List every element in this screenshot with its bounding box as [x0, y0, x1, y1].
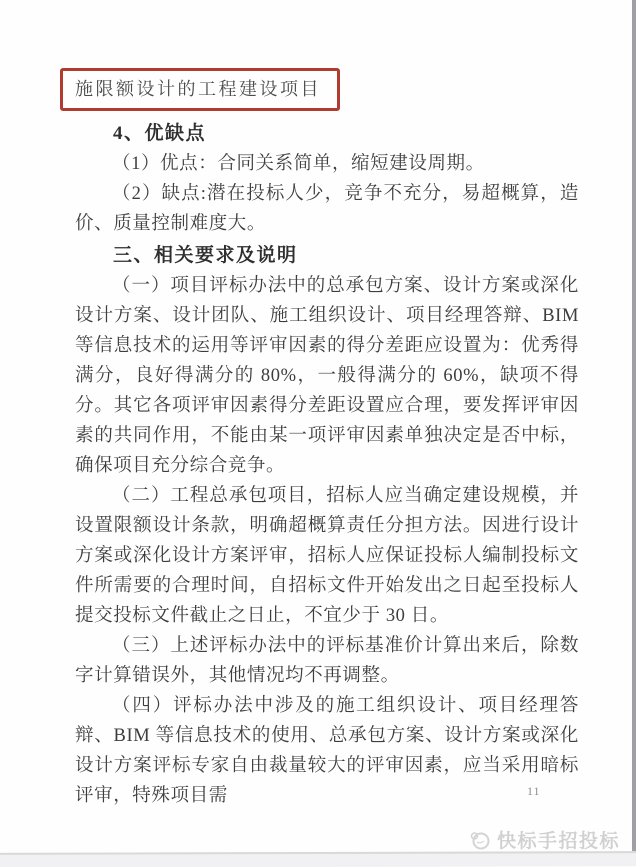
paragraph-item-2: （二）工程总承包项目，招标人应当确定建设规模，并设置限额设计条款，明确超概算责任… [75, 481, 579, 631]
page-number: 11 [527, 784, 541, 799]
paragraph-item-4: （四）评标办法中涉及的施工组织设计、项目经理答辩、BIM 等信息技术的使用、总承… [75, 691, 579, 811]
watermark-logo-icon [469, 829, 491, 851]
highlighted-text: 施限额设计的工程建设项目 [75, 79, 321, 99]
paragraph-advantage: （1）优点：合同关系简单，缩短建设周期。 [75, 149, 579, 179]
page-bottom-edge [0, 851, 636, 867]
scanned-page: 施限额设计的工程建设项目 4、优缺点 （1）优点：合同关系简单，缩短建设周期。 … [0, 0, 636, 867]
highlight-box: 施限额设计的工程建设项目 [60, 68, 340, 111]
section-heading-requirements: 三、相关要求及说明 [75, 241, 579, 271]
document-body: 施限额设计的工程建设项目 4、优缺点 （1）优点：合同关系简单，缩短建设周期。 … [75, 68, 579, 811]
paragraph-item-3: （三）上述评标办法中的评标基准价计算出来后，除数字计算错误外，其他情况均不再调整… [75, 631, 579, 691]
watermark-text: 快标手招投标 [497, 826, 620, 853]
paragraph-disadvantage: （2）缺点:潜在投标人少，竞争不充分，易超概算，造价、质量控制难度大。 [75, 179, 579, 239]
paragraph-item-1: （一）项目评标办法中的总承包方案、设计方案或深化设计方案、设计团队、施工组织设计… [75, 271, 579, 481]
scan-edge-right [632, 0, 636, 852]
watermark: 快标手招投标 [469, 826, 620, 853]
section-heading-pros-cons: 4、优缺点 [75, 119, 579, 149]
